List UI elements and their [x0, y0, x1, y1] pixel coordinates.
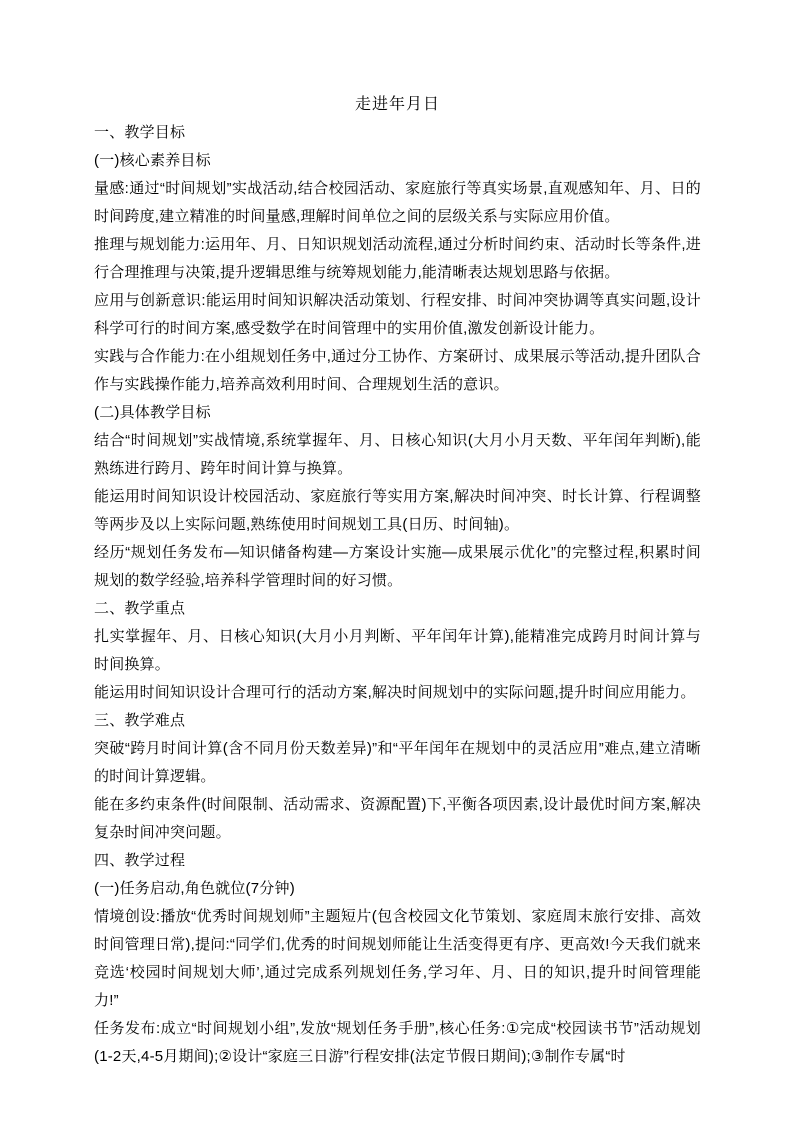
para-core-knowledge-mastery: 结合“时间规划”实战情境,系统掌握年、月、日核心知识(大月小月天数、平年闰年判断… [94, 427, 701, 483]
para-task-release: 任务发布:成立“时间规划小组”,发放“规划任务手册”,核心任务:①完成“校园读书… [94, 1015, 701, 1071]
para-practical-scheme-design: 能运用时间知识设计校园活动、家庭旅行等实用方案,解决时间冲突、时长计算、行程调整… [94, 483, 701, 539]
para-difficulty-calculation: 突破“跨月时间计算(含不同月份天数差异)”和“平年闰年在规划中的灵活应用”难点,… [94, 735, 701, 791]
para-difficulty-constraints: 能在多约束条件(时间限制、活动需求、资源配置)下,平衡各项因素,设计最优时间方案… [94, 791, 701, 847]
para-practice-cooperation: 实践与合作能力:在小组规划任务中,通过分工协作、方案研讨、成果展示等活动,提升团… [94, 343, 701, 399]
subheading-core-literacy-objectives: (一)核心素养目标 [94, 147, 701, 175]
heading-teaching-focus: 二、教学重点 [94, 595, 701, 623]
subheading-specific-teaching-objectives: (二)具体教学目标 [94, 399, 701, 427]
para-focus-knowledge: 扎实掌握年、月、日核心知识(大月小月判断、平年闰年计算),能精准完成跨月时间计算… [94, 623, 701, 679]
para-complete-process-experience: 经历“规划任务发布—知识储备构建—方案设计实施—成果展示优化”的完整过程,积累时… [94, 539, 701, 595]
heading-teaching-process: 四、教学过程 [94, 847, 701, 875]
para-reasoning-planning-ability: 推理与规划能力:运用年、月、日知识规划活动流程,通过分析时间约束、活动时长等条件… [94, 231, 701, 287]
document-page: 走进年月日 一、教学目标 (一)核心素养目标 量感:通过“时间规划”实战活动,结… [0, 0, 794, 1123]
document-content: 走进年月日 一、教学目标 (一)核心素养目标 量感:通过“时间规划”实战活动,结… [94, 91, 701, 1071]
para-focus-application: 能运用时间知识设计合理可行的活动方案,解决时间规划中的实际问题,提升时间应用能力… [94, 679, 701, 707]
para-scenario-creation: 情境创设:播放“优秀时间规划师”主题短片(包含校园文化节策划、家庭周末旅行安排、… [94, 903, 701, 1015]
heading-teaching-objectives: 一、教学目标 [94, 119, 701, 147]
subheading-task-launch: (一)任务启动,角色就位(7分钟) [94, 875, 701, 903]
para-quantity-sense: 量感:通过“时间规划”实战活动,结合校园活动、家庭旅行等真实场景,直观感知年、月… [94, 175, 701, 231]
document-title: 走进年月日 [94, 91, 701, 119]
heading-teaching-difficulties: 三、教学难点 [94, 707, 701, 735]
para-application-innovation: 应用与创新意识:能运用时间知识解决活动策划、行程安排、时间冲突协调等真实问题,设… [94, 287, 701, 343]
